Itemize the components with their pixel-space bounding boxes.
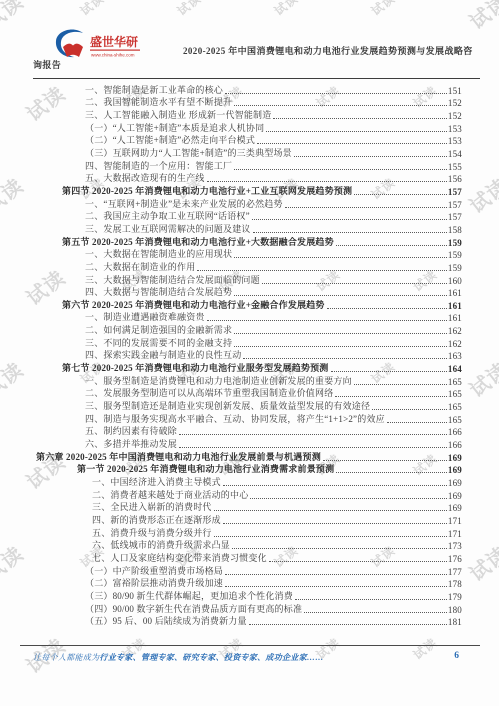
- toc-entry-title: 五、制约因素有待破除: [33, 424, 177, 437]
- toc-row: 一、大数据在智能制造业的应用现状 159: [33, 248, 462, 261]
- toc-leader-dots: [234, 105, 447, 106]
- toc-page-number: 161: [448, 313, 462, 323]
- toc-entry-title: 三、人工智能融入制造业 形成新一代智能制造: [33, 108, 271, 121]
- document-page: 试读试读试读试读试读试读试读试读试读试读试读试读试读试读试读试读试读试读试读试读…: [0, 0, 499, 706]
- toc-leader-dots: [179, 434, 447, 435]
- toc-entry-title: 三、全民进入崭新的消费时代: [33, 500, 212, 513]
- toc-entry-title: 二、如何满足制造强国的金融新需求: [33, 323, 232, 336]
- toc-row: 一、中国经济进入消费主导模式 169: [33, 475, 462, 488]
- toc-entry-title: 三、发展工业互联网需解决的问题及建议: [33, 222, 251, 235]
- toc-leader-dots: [214, 510, 447, 511]
- toc-leader-dots: [223, 523, 447, 524]
- toc-leader-dots: [225, 586, 447, 587]
- toc-row: 二、大数据在制造业的作用 159: [33, 260, 462, 273]
- toc-row: 四、探索实践金融与制造业的良性互动 163: [33, 349, 462, 362]
- toc-page-number: 162: [448, 326, 462, 336]
- toc-entry-title: 第六节 2020-2025 年消费锂电和动力电池行业+金融合作发展趋势: [33, 298, 325, 311]
- toc-entry-title: 四、大数据与智能制造结合发展趋势: [33, 285, 232, 298]
- toc-entry-title: 一、智能制造是新工业革命的核心: [33, 83, 223, 96]
- footer-slogan-bold: 行业专家、管理专家、研究专家、投资专家、成功企业家……: [99, 653, 323, 662]
- toc-page-number: 169: [448, 491, 462, 501]
- toc-page-number: 166: [448, 427, 462, 437]
- toc-entry-title: 第七节 2020-2025 年消费锂电和动力电池行业服务型发展趋势预测: [33, 361, 329, 374]
- toc-row: 一、“互联网+制造业”是未来产业发展的必然趋势 157: [33, 197, 462, 210]
- toc-row: （二）“人工智能+制造”必然走向平台模式 153: [33, 134, 462, 147]
- toc-leader-dots: [269, 561, 447, 562]
- toc-page-number: 181: [448, 617, 462, 627]
- toc-row: 二、如何满足制造强国的金融新需求 162: [33, 323, 462, 336]
- toc-page-number: 153: [448, 124, 462, 134]
- toc-entry-title: 六、低线城市的消费升级需求凸显: [33, 538, 230, 551]
- toc-page-number: 151: [448, 86, 462, 96]
- toc-entry-title: 一、大数据在智能制造业的应用现状: [33, 247, 232, 260]
- toc-page-number: 152: [448, 111, 462, 121]
- toc-row: （二）富裕阶层推动消费升级加速 178: [33, 577, 462, 590]
- toc-page-number: 152: [448, 98, 462, 108]
- toc-row: 六、多措并举推动发展 166: [33, 437, 462, 450]
- toc-row: 一、智能制造是新工业革命的核心 151: [33, 83, 462, 96]
- toc-row: 一、制造业遭遇融资难融资贵 161: [33, 311, 462, 324]
- toc-page-number: 156: [448, 174, 462, 184]
- toc-leader-dots: [234, 346, 447, 347]
- toc-leader-dots: [257, 143, 447, 144]
- toc-page-number: 153: [448, 136, 462, 146]
- toc-leader-dots: [273, 118, 446, 119]
- toc-leader-dots: [179, 447, 447, 448]
- toc-row: 第四节 2020-2025 年消费锂电和动力电池行业+工业互联网发展趋势预测 1…: [33, 184, 462, 197]
- toc-page-number: 157: [448, 212, 462, 222]
- toc-row: 二、我国智能制造水平有望不断提升 152: [33, 96, 462, 109]
- toc-leader-dots: [327, 308, 447, 309]
- toc-row: （一）“人工智能+制造”本质是追求人机协同 153: [33, 121, 462, 134]
- toc-entry-title: 第六章 2020-2025 年中国消费锂电和动力电池行业发展前景与机遇预测: [33, 450, 321, 463]
- header-divider: [33, 78, 480, 79]
- toc-page-number: 159: [448, 263, 462, 273]
- toc-row: 三、大数据与智能制造结合发展面临的问题 160: [33, 273, 462, 286]
- toc-page-number: 165: [448, 389, 462, 399]
- toc-page-number: 165: [448, 377, 462, 387]
- toc-entry-title: 第四节 2020-2025 年消费锂电和动力电池行业+工业互联网发展趋势预测: [33, 184, 352, 197]
- toc-entry-title: 一、制造业遭遇融资难融资贵: [33, 310, 205, 323]
- toc-entry-title: （一）“人工智能+制造”本质是追求人机协同: [33, 121, 264, 134]
- toc-leader-dots: [387, 422, 447, 423]
- toc-leader-dots: [252, 219, 447, 220]
- toc-leader-dots: [223, 485, 447, 486]
- toc-leader-dots: [234, 257, 447, 258]
- toc-leader-dots: [304, 612, 447, 613]
- toc-page-number: 161: [448, 288, 462, 298]
- toc-row: （三）80/90 新生代群体崛起，更加追求个性化消费 179: [33, 589, 462, 602]
- toc-leader-dots: [354, 384, 447, 385]
- toc-page-number: 176: [448, 554, 462, 564]
- toc-leader-dots: [335, 396, 446, 397]
- toc-leader-dots: [234, 333, 447, 334]
- toc-row: 二、我国应主动争取工业互联网“话语权” 157: [33, 210, 462, 223]
- toc-leader-dots: [323, 460, 447, 461]
- toc-leader-dots: [243, 358, 446, 359]
- toc-leader-dots: [253, 232, 447, 233]
- toc-row: 三、全民进入崭新的消费时代 169: [33, 501, 462, 514]
- toc-row: 第六节 2020-2025 年消费锂电和动力电池行业+金融合作发展趋势 161: [33, 298, 462, 311]
- toc-leader-dots: [249, 624, 447, 625]
- toc-page-number: 169: [448, 503, 462, 513]
- toc-row: 第五节 2020-2025 年消费锂电和动力电池行业+大数据融合发展趋势 159: [33, 235, 462, 248]
- toc-row: 六、低线城市的消费升级需求凸显 173: [33, 539, 462, 552]
- toc-row: 一、服务型制造是消费锂电和动力电池制造业创新发展的重要方向 165: [33, 374, 462, 387]
- toc-row: （四）90/00 数字新生代在消费品质方面有更高的标准 180: [33, 602, 462, 615]
- toc-row: 七、人口及家庭结构变化带来消费习惯变化 176: [33, 551, 462, 564]
- toc-leader-dots: [262, 283, 447, 284]
- toc-entry-title: 二、我国智能制造水平有望不断提升: [33, 95, 232, 108]
- toc-leader-dots: [336, 472, 447, 473]
- toc-page-number: 178: [448, 579, 462, 589]
- toc-page-number: 169: [448, 453, 462, 463]
- toc-leader-dots: [331, 371, 447, 372]
- toc-page-number: 162: [448, 339, 462, 349]
- toc-leader-dots: [214, 536, 447, 537]
- toc-entry-title: 二、大数据在制造业的作用: [33, 260, 195, 273]
- toc-entry-title: 二、发展服务型制造可以从高端环节重塑我国制造业价值网络: [33, 386, 333, 399]
- toc-page-number: 180: [448, 605, 462, 615]
- toc-leader-dots: [295, 599, 447, 600]
- toc-row: 三、人工智能融入制造业 形成新一代智能制造 152: [33, 108, 462, 121]
- toc-row: 第六章 2020-2025 年中国消费锂电和动力电池行业发展前景与机遇预测 16…: [33, 450, 462, 463]
- toc-page-number: 169: [448, 478, 462, 488]
- footer-divider: [20, 645, 480, 646]
- toc-page-number: 163: [448, 351, 462, 361]
- toc-row: 第七节 2020-2025 年消费锂电和动力电池行业服务型发展趋势预测 164: [33, 361, 462, 374]
- toc-entry-title: 一、服务型制造是消费锂电和动力电池制造业创新发展的重要方向: [33, 374, 352, 387]
- toc-entry-title: 一、“互联网+制造业”是未来产业发展的必然趋势: [33, 197, 283, 210]
- toc-leader-dots: [234, 169, 447, 170]
- toc-leader-dots: [225, 93, 447, 94]
- toc-page-number: 154: [448, 149, 462, 159]
- toc-row: 五、消费升级与消费分级并行 171: [33, 526, 462, 539]
- toc-page-number: 179: [448, 592, 462, 602]
- toc-page-number: 158: [448, 225, 462, 235]
- toc-page-number: 155: [448, 162, 462, 172]
- toc-page-number: 165: [448, 402, 462, 412]
- toc-leader-dots: [197, 270, 446, 271]
- toc-entry-title: （三）互联网助力“人工智能+制造”的三类典型场景: [33, 146, 292, 159]
- toc-entry-title: 四、智能制造的一个应用：智能工厂: [33, 159, 232, 172]
- toc-entry-title: 三、不同的发展需要不同的金融支持: [33, 336, 232, 349]
- toc-row: 四、新的消费形态正在逐渐形成 171: [33, 513, 462, 526]
- toc-page-number: 173: [448, 541, 462, 551]
- toc-page-number: 159: [448, 250, 462, 260]
- toc-row: 第一节 2020-2025 年消费锂电和动力电池行业消费需求前景预测 169: [33, 463, 462, 476]
- toc-row: 二、发展服务型制造可以从高端环节重塑我国制造业价值网络 165: [33, 387, 462, 400]
- toc-page-number: 169: [448, 465, 462, 475]
- toc-row: 五、大数据改造现有的生产线 156: [33, 172, 462, 185]
- toc-entry-title: 五、大数据改造现有的生产线: [33, 171, 205, 184]
- toc-row: （三）互联网助力“人工智能+制造”的三类典型场景 154: [33, 146, 462, 159]
- toc-leader-dots: [266, 131, 447, 132]
- toc-entry-title: 七、人口及家庭结构变化带来消费习惯变化: [33, 551, 267, 564]
- toc-entry-title: 第一节 2020-2025 年消费锂电和动力电池行业消费需求前景预测: [33, 462, 334, 475]
- toc-entry-title: （四）90/00 数字新生代在消费品质方面有更高的标准: [33, 602, 302, 615]
- toc-row: 四、智能制造的一个应用：智能工厂 155: [33, 159, 462, 172]
- toc-entry-title: 四、探索实践金融与制造业的良性互动: [33, 348, 241, 361]
- page-number: 6: [454, 651, 459, 661]
- toc-leader-dots: [225, 574, 447, 575]
- toc-row: （五）95 后、00 后陆续成为消费新力量 181: [33, 615, 462, 628]
- toc-page-number: 159: [448, 238, 462, 248]
- toc-entry-title: 第五节 2020-2025 年消费锂电和动力电池行业+大数据融合发展趋势: [33, 235, 334, 248]
- table-of-contents: 一、智能制造是新工业革命的核心 151 二、我国智能制造水平有望不断提升 152…: [33, 83, 462, 627]
- toc-page-number: 171: [448, 516, 462, 526]
- toc-row: 三、不同的发展需要不同的金融支持 162: [33, 336, 462, 349]
- toc-page-number: 165: [448, 415, 462, 425]
- toc-entry-title: （五）95 后、00 后陆续成为消费新力量: [33, 614, 247, 627]
- toc-entry-title: （一）中产阶级重塑消费市场格局: [33, 564, 223, 577]
- toc-row: 二、消费者越来越处于商业活动的中心 169: [33, 488, 462, 501]
- toc-entry-title: 一、中国经济进入消费主导模式: [33, 475, 221, 488]
- toc-page-number: 157: [448, 200, 462, 210]
- toc-page-number: 164: [448, 364, 462, 374]
- toc-leader-dots: [372, 409, 447, 410]
- toc-entry-title: 三、服务型制造还是制造业实现创新发展、质量效益型发展的有效途径: [33, 399, 370, 412]
- toc-entry-title: 六、多措并举推动发展: [33, 437, 177, 450]
- toc-leader-dots: [250, 498, 446, 499]
- toc-entry-title: 三、大数据与智能制造结合发展面临的问题: [33, 273, 260, 286]
- toc-page-number: 161: [448, 301, 462, 311]
- toc-page-number: 166: [448, 440, 462, 450]
- toc-leader-dots: [354, 194, 447, 195]
- toc-entry-title: （三）80/90 新生代群体崛起，更加追求个性化消费: [33, 589, 293, 602]
- toc-page-number: 171: [448, 529, 462, 539]
- footer-slogan: 让每个人都能成为行业专家、管理专家、研究专家、投资专家、成功企业家……: [33, 652, 463, 663]
- toc-row: 四、大数据与智能制造结合发展趋势 161: [33, 286, 462, 299]
- footer-slogan-prefix: 让每个人都能成为: [33, 653, 99, 662]
- toc-page-number: 160: [448, 276, 462, 286]
- toc-entry-title: 五、消费升级与消费分级并行: [33, 526, 212, 539]
- toc-leader-dots: [207, 181, 447, 182]
- toc-leader-dots: [234, 295, 447, 296]
- toc-leader-dots: [285, 207, 447, 208]
- toc-page-number: 177: [448, 567, 462, 577]
- toc-row: 三、发展工业互联网需解决的问题及建议 158: [33, 222, 462, 235]
- toc-entry-title: 四、制造与服务实现高水平融合、互动、协同发展，将产生“1+1>2”的效应: [33, 412, 385, 425]
- toc-page-number: 157: [448, 187, 462, 197]
- toc-row: 五、制约因素有待破除 166: [33, 425, 462, 438]
- toc-entry-title: （二）富裕阶层推动消费升级加速: [33, 576, 223, 589]
- report-title: 2020-2025 年中国消费锂电和动力电池行业发展趋势预测与发展战略咨询报告: [33, 45, 480, 72]
- toc-entry-title: 四、新的消费形态正在逐渐形成: [33, 513, 221, 526]
- toc-row: 三、服务型制造还是制造业实现创新发展、质量效益型发展的有效途径 165: [33, 399, 462, 412]
- toc-leader-dots: [232, 548, 447, 549]
- toc-leader-dots: [336, 245, 447, 246]
- toc-leader-dots: [207, 320, 447, 321]
- toc-row: （一）中产阶级重塑消费市场格局 177: [33, 564, 462, 577]
- toc-entry-title: 二、消费者越来越处于商业活动的中心: [33, 488, 248, 501]
- toc-entry-title: （二）“人工智能+制造”必然走向平台模式: [33, 133, 255, 146]
- toc-entry-title: 二、我国应主动争取工业互联网“话语权”: [33, 209, 250, 222]
- toc-leader-dots: [294, 156, 447, 157]
- toc-row: 四、制造与服务实现高水平融合、互动、协同发展，将产生“1+1>2”的效应 165: [33, 412, 462, 425]
